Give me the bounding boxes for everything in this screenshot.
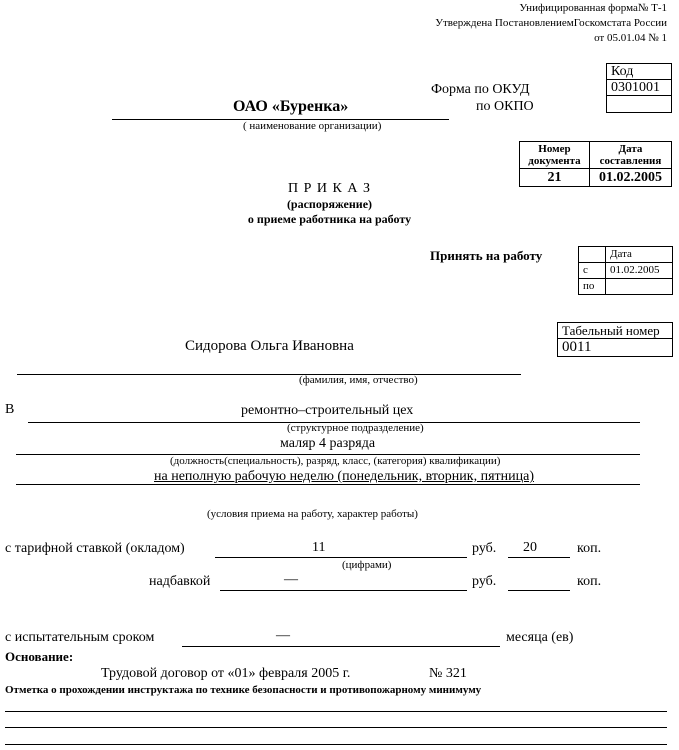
tariff-kop-line bbox=[508, 557, 570, 558]
tab-number-table: Табельный номер 0011 bbox=[557, 322, 673, 357]
in-label: В bbox=[5, 402, 14, 418]
probation-label: с испытательным сроком bbox=[5, 630, 154, 646]
employee-name-caption: (фамилия, имя, отчество) bbox=[299, 374, 418, 386]
code-header: Код bbox=[607, 64, 672, 80]
okud-value: 0301001 bbox=[607, 80, 672, 96]
bonus-line bbox=[220, 590, 467, 591]
bonus-label: надбавкой bbox=[149, 574, 210, 590]
hire-date-header: Дата bbox=[606, 247, 673, 263]
okpo-label: по ОКПО bbox=[476, 99, 534, 115]
hire-from-date: 01.02.2005 bbox=[606, 263, 673, 279]
approval-date-line: от 05.01.04 № 1 bbox=[594, 32, 667, 45]
employee-name-line bbox=[17, 374, 521, 375]
job-caption: (должность(специальность), разряд, класс… bbox=[170, 455, 500, 467]
tariff-rate-line bbox=[215, 557, 467, 558]
okud-label: Форма по ОКУД bbox=[431, 82, 530, 98]
tariff-rate-rubles: 11 bbox=[312, 540, 325, 556]
probation-value: — bbox=[276, 628, 290, 644]
basis-label: Основание: bbox=[5, 649, 73, 665]
form-type-line: Унифицированная форма№ Т-1 bbox=[519, 2, 667, 15]
hire-from-label: с bbox=[579, 263, 606, 279]
probation-line bbox=[182, 646, 500, 647]
conditions-caption: (условия приема на работу, характер рабо… bbox=[207, 508, 418, 520]
briefing-label: Отметка о прохождении инструктажа по тех… bbox=[5, 684, 481, 696]
employee-full-name: Сидорова Ольга Ивановна bbox=[185, 338, 354, 355]
organization-caption: ( наименование организации) bbox=[243, 120, 381, 132]
tab-number-header: Табельный номер bbox=[558, 323, 673, 339]
basis-contract: Трудовой договор от «01» февраля 2005 г. bbox=[101, 666, 350, 682]
codes-table: Код 0301001 bbox=[606, 63, 672, 113]
document-number-header: Номердокумента bbox=[520, 142, 590, 169]
tariff-rate-kopecks: 20 bbox=[523, 540, 537, 556]
digits-caption: (цифрами) bbox=[342, 559, 391, 571]
bonus-kop-label: коп. bbox=[577, 574, 601, 590]
probation-unit: месяца (ев) bbox=[506, 630, 573, 646]
department: ремонтно–строительный цех bbox=[241, 403, 413, 419]
order-subject: о приеме работника на работу bbox=[0, 212, 669, 227]
job-title: маляр 4 разряда bbox=[280, 436, 375, 452]
briefing-line-3 bbox=[5, 744, 667, 745]
order-title: П Р И К А З bbox=[0, 181, 669, 197]
conditions-line bbox=[16, 484, 640, 485]
bonus-rub-label: руб. bbox=[472, 574, 496, 590]
order-subtitle: (распоряжение) bbox=[0, 197, 669, 212]
department-caption: (структурное подразделение) bbox=[287, 422, 424, 434]
bonus-kop-line bbox=[508, 590, 570, 591]
document-date-header: Датасоставления bbox=[589, 142, 671, 169]
hire-blank-header bbox=[579, 247, 606, 263]
organization-name: ОАО «Буренка» bbox=[233, 98, 348, 116]
hire-dates-table: Дата с 01.02.2005 по bbox=[578, 246, 673, 295]
hire-to-label: по bbox=[579, 279, 606, 295]
basis-contract-number: № 321 bbox=[429, 666, 467, 682]
work-conditions: на неполную рабочую неделю (понедельник,… bbox=[154, 469, 534, 485]
briefing-line-2 bbox=[5, 727, 667, 728]
bonus-rubles: — bbox=[284, 572, 298, 588]
tariff-rub-label: руб. bbox=[472, 541, 496, 557]
briefing-line-1 bbox=[5, 711, 667, 712]
tab-number: 0011 bbox=[558, 339, 673, 357]
tariff-rate-label: с тарифной ставкой (окладом) bbox=[5, 541, 185, 557]
hire-label: Принять на работу bbox=[430, 248, 542, 264]
okpo-value bbox=[607, 96, 672, 113]
tariff-kop-label: коп. bbox=[577, 541, 601, 557]
approval-line: Утверждена ПостановлениемГоскомстата Рос… bbox=[435, 17, 667, 30]
hire-to-date bbox=[606, 279, 673, 295]
